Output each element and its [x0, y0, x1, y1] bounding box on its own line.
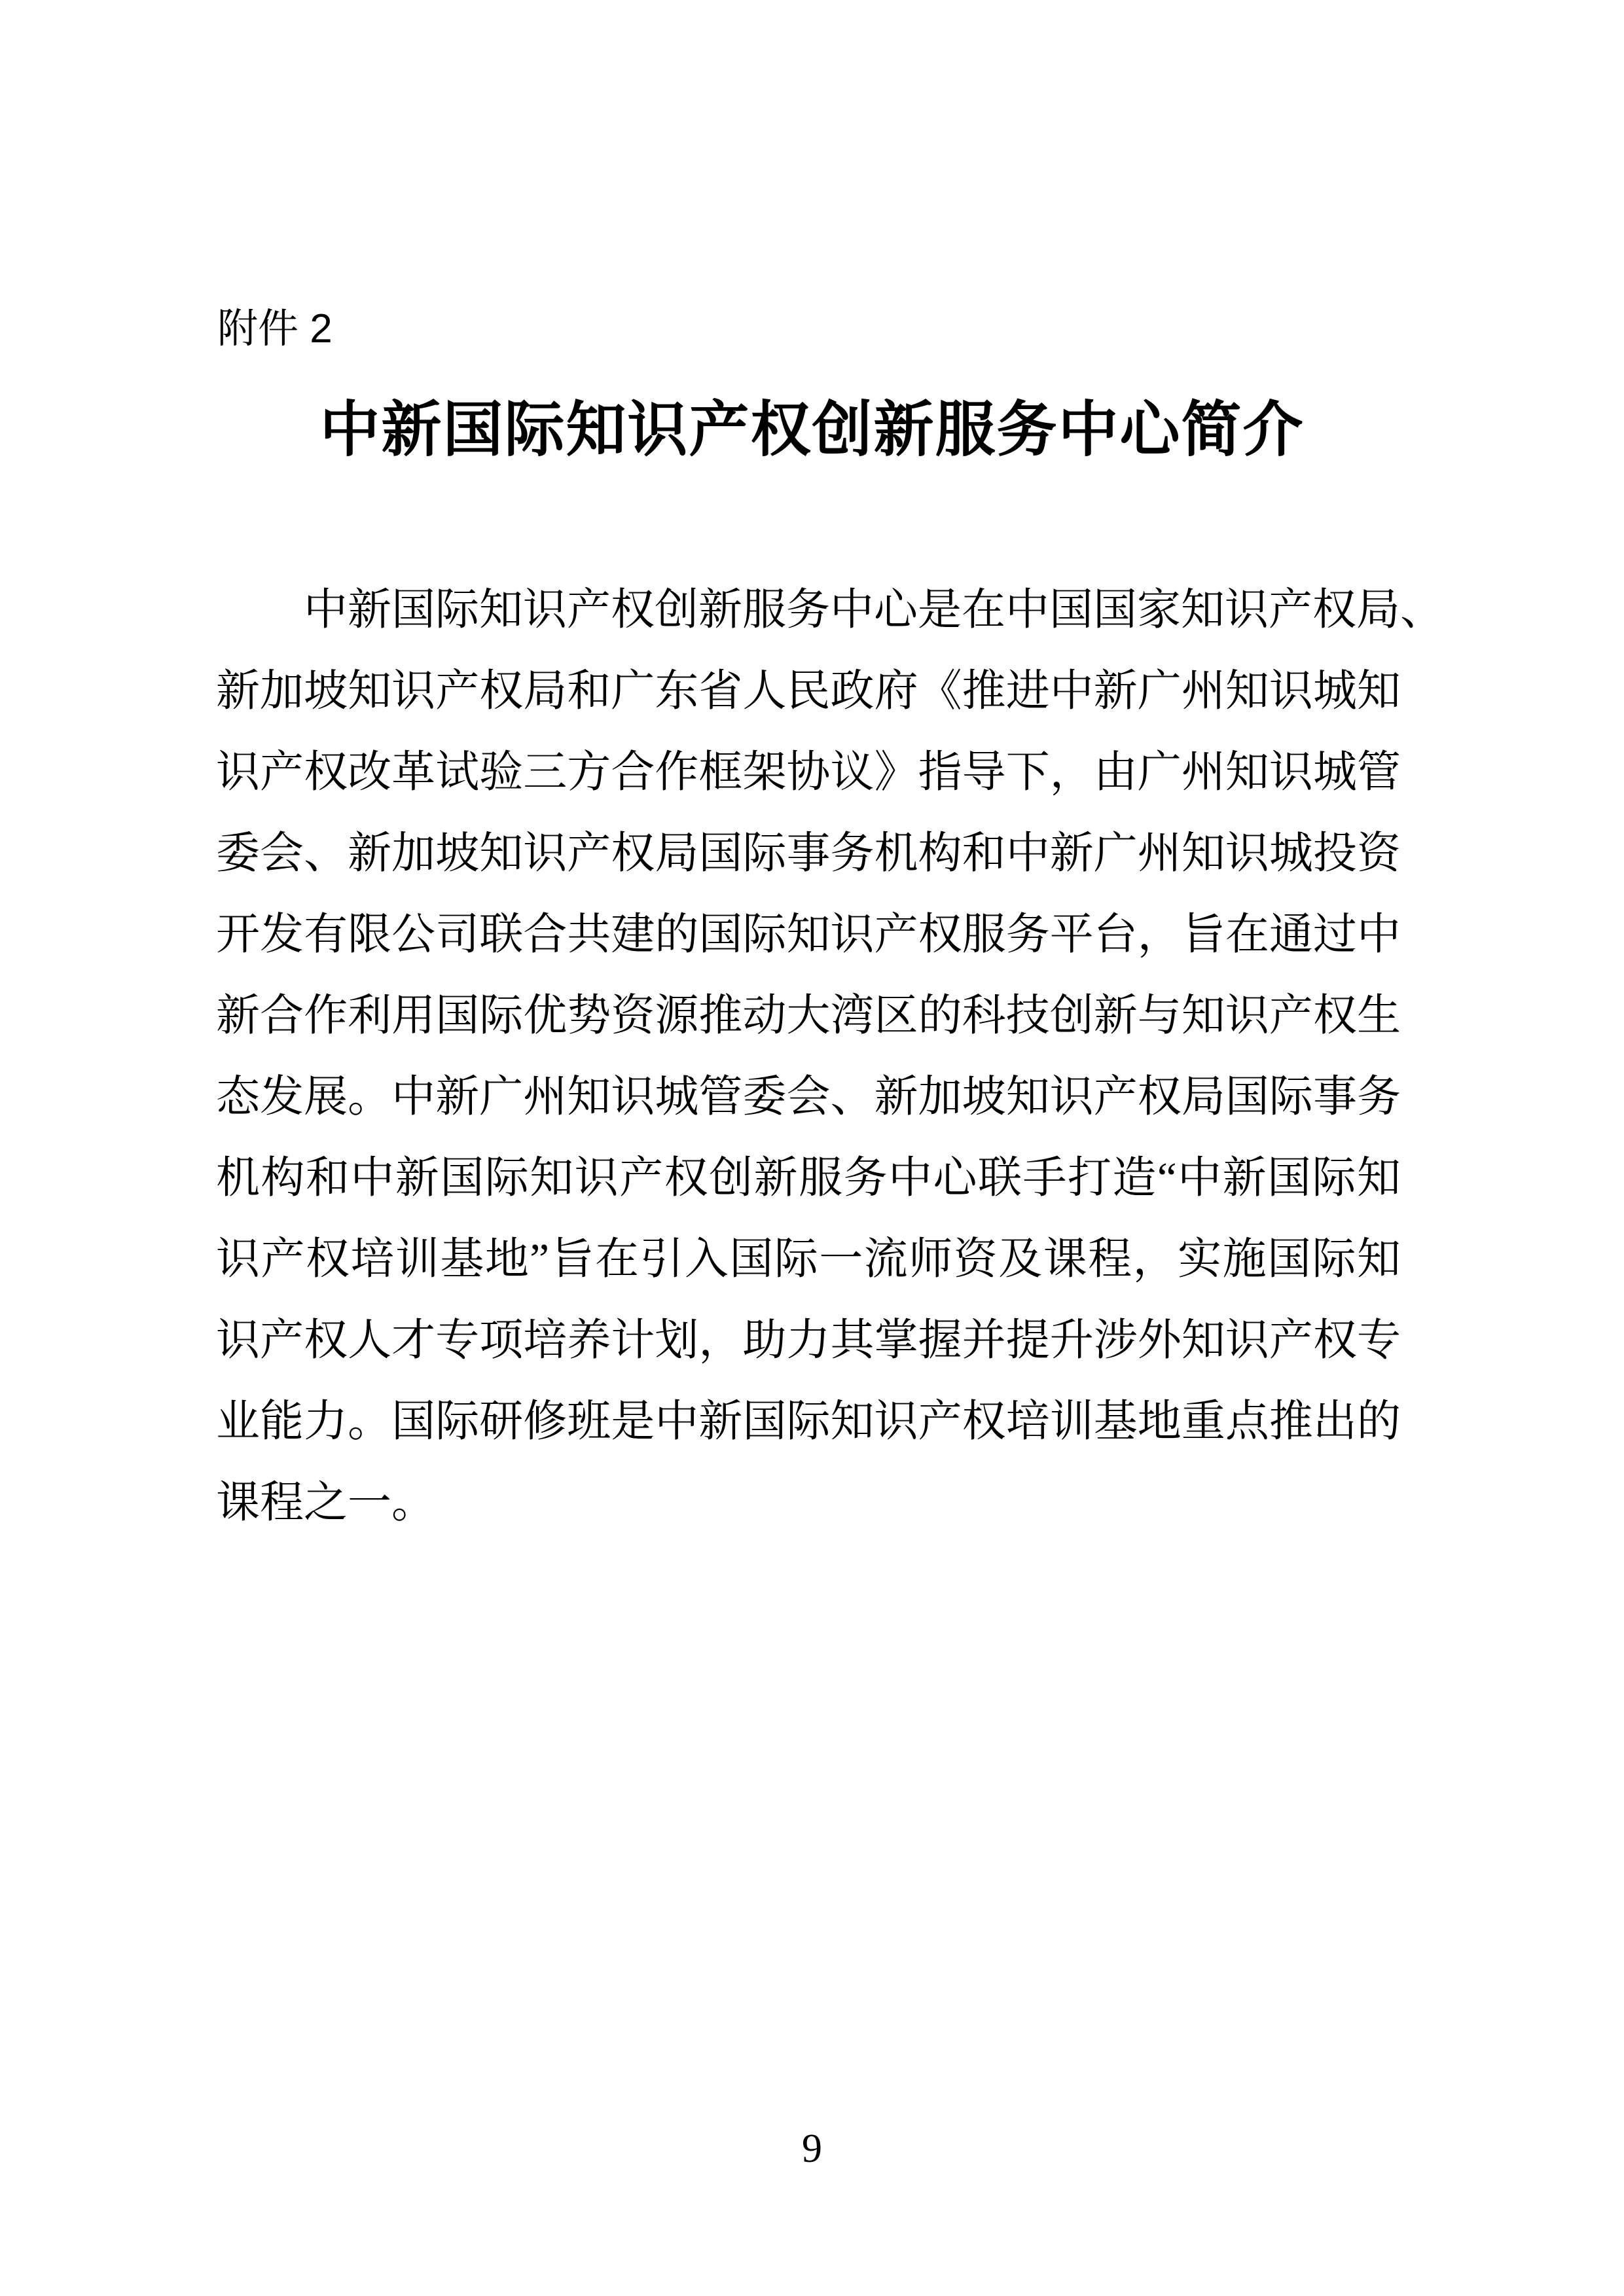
paragraph-line: 课程之一。: [216, 1462, 1401, 1543]
page-number: 9: [0, 2128, 1624, 2169]
paragraph-line: 新合作利用国际优势资源推动大湾区的科技创新与知识产权生: [216, 975, 1401, 1056]
paragraph-line: 中新国际知识产权创新服务中心是在中国国家知识产权局、: [216, 569, 1401, 651]
paragraph-line: 识产权培训基地”旨在引入国际一流师资及课程，实施国际知: [216, 1219, 1401, 1300]
page-title: 中新国际知识产权创新服务中心简介: [0, 397, 1624, 463]
paragraph-line: 业能力。国际研修班是中新国际知识产权培训基地重点推出的: [216, 1381, 1401, 1462]
attachment-label: 附件 2: [217, 309, 333, 350]
paragraph-line: 开发有限公司联合共建的国际知识产权服务平台，旨在通过中: [216, 894, 1401, 975]
paragraph-line: 新加坡知识产权局和广东省人民政府《推进中新广州知识城知: [216, 651, 1401, 732]
document-page: 附件 2 中新国际知识产权创新服务中心简介 中新国际知识产权创新服务中心是在中国…: [0, 0, 1624, 2296]
paragraph-line: 识产权人才专项培养计划，助力其掌握并提升涉外知识产权专: [216, 1300, 1401, 1381]
paragraph-line: 委会、新加坡知识产权局国际事务机构和中新广州知识城投资: [216, 813, 1401, 894]
paragraph-line: 态发展。中新广州知识城管委会、新加坡知识产权局国际事务: [216, 1056, 1401, 1138]
paragraph-line: 机构和中新国际知识产权创新服务中心联手打造“中新国际知: [216, 1138, 1401, 1219]
body-paragraph: 中新国际知识产权创新服务中心是在中国国家知识产权局、新加坡知识产权局和广东省人民…: [216, 569, 1401, 1543]
paragraph-line: 识产权改革试验三方合作框架协议》指导下，由广州知识城管: [216, 732, 1401, 813]
